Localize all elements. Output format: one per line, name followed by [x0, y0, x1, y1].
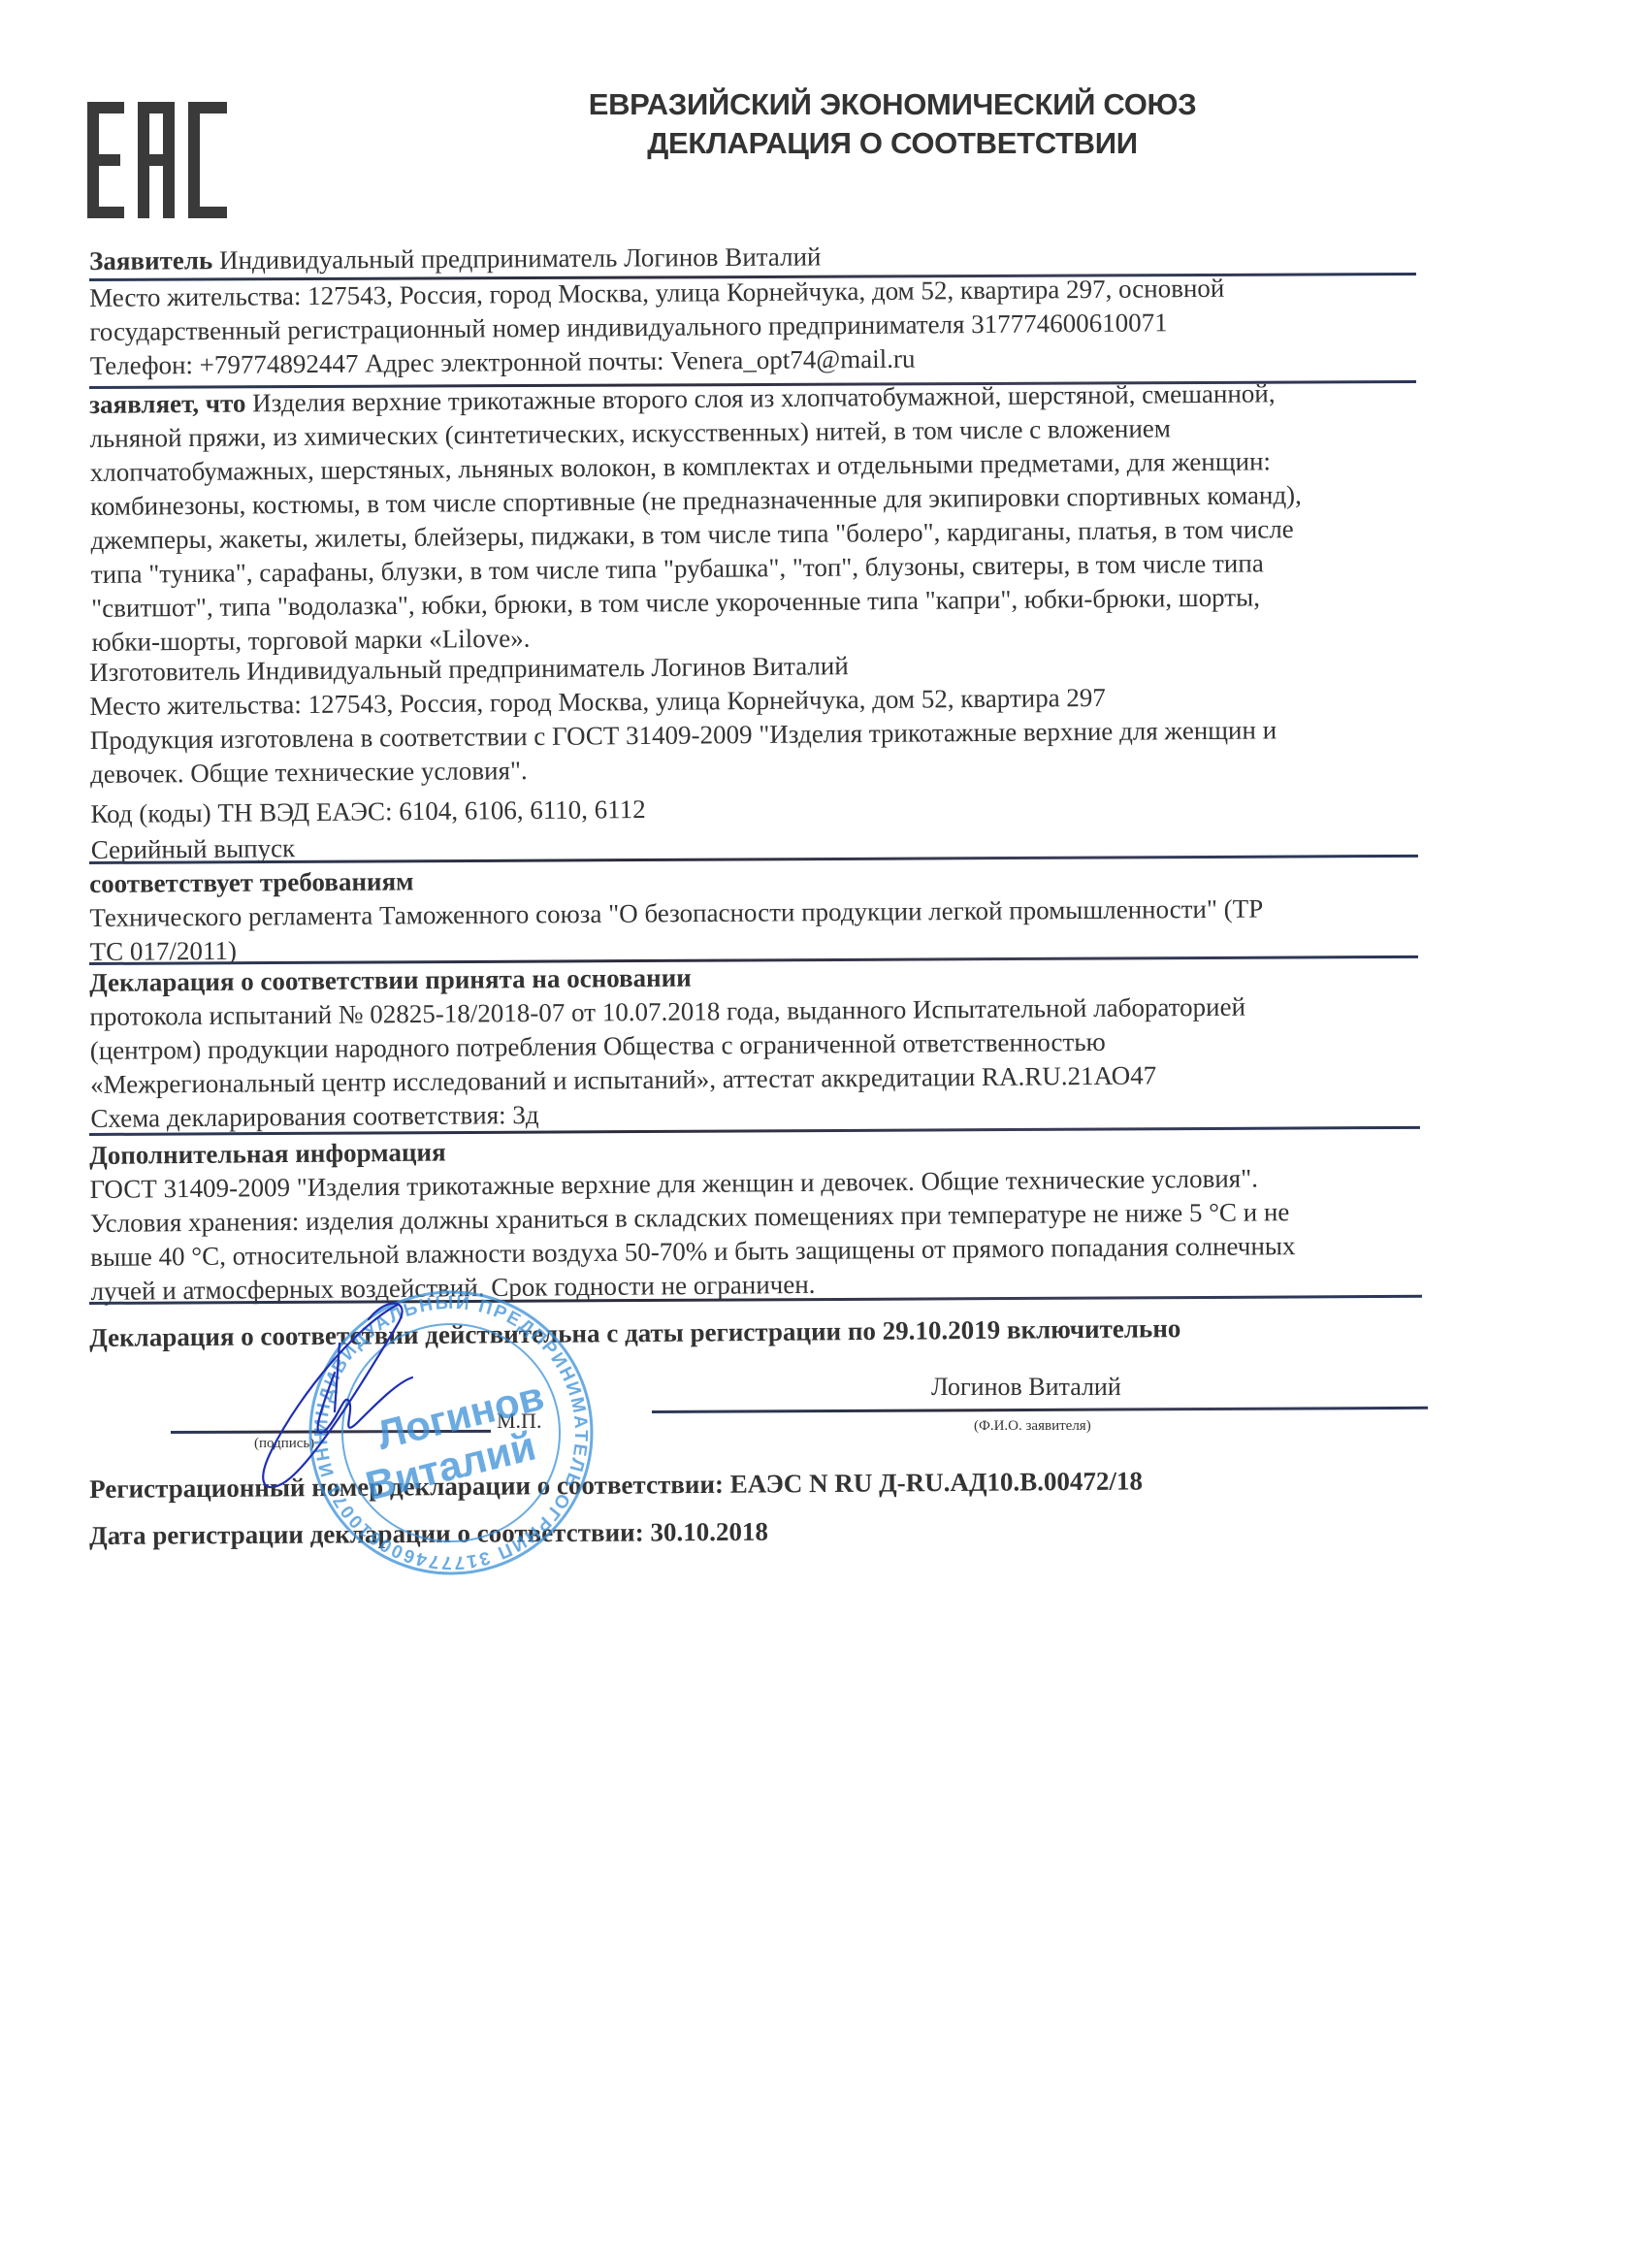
- applicant-label: Заявитель: [89, 245, 212, 275]
- declares-label: заявляет, что: [89, 388, 246, 419]
- signature-caption: (подпись): [254, 1436, 314, 1452]
- basis-section: Декларация о соответствии принята на осн…: [89, 955, 1419, 1136]
- validity-text: Декларация о соответствии действительна …: [89, 1310, 1418, 1355]
- additional-info-section: Дополнительная информация ГОСТ 31409-200…: [89, 1126, 1420, 1309]
- applicant-details: Место жительства: 127543, Россия, город …: [89, 270, 1419, 383]
- declaration-page: ЕВРАЗИЙСКИЙ ЭКОНОМИЧЕСКИЙ СОЮЗ ДЕКЛАРАЦИ…: [0, 0, 1649, 2268]
- name-caption: (Ф.И.О. заявителя): [974, 1418, 1091, 1435]
- applicant-name: Индивидуальный предприниматель Логинов В…: [212, 242, 821, 275]
- eac-logo-icon: [85, 97, 231, 223]
- conformity-section: соответствует требованиям Технического р…: [89, 857, 1419, 969]
- name-line: [652, 1407, 1428, 1413]
- stamp-place-label: М.П.: [497, 1409, 541, 1434]
- registration-number-text: Регистрационный номер декларации о соотв…: [89, 1462, 1418, 1507]
- signature-line: [171, 1430, 491, 1434]
- registration-date-text: Дата регистрации декларации о соответств…: [89, 1511, 1418, 1553]
- registration-date: Дата регистрации декларации о соответств…: [89, 1511, 1418, 1553]
- validity-statement: Декларация о соответствии действительна …: [89, 1310, 1418, 1355]
- document-title: ЕВРАЗИЙСКИЙ ЭКОНОМИЧЕСКИЙ СОЮЗ ДЕКЛАРАЦИ…: [407, 85, 1377, 163]
- manufacturer-section: Изготовитель Индивидуальный предпринимат…: [89, 644, 1420, 867]
- signer-name: Логинов Виталий: [931, 1370, 1222, 1404]
- registration-number: Регистрационный номер декларации о соотв…: [89, 1462, 1418, 1507]
- title-line-declaration: ДЕКЛАРАЦИЯ О СООТВЕТСТВИИ: [407, 124, 1377, 163]
- product-description: заявляет, что Изделия верхние трикотажны…: [89, 375, 1421, 660]
- signer-name-text: Логинов Виталий: [931, 1370, 1222, 1404]
- title-line-union: ЕВРАЗИЙСКИЙ ЭКОНОМИЧЕСКИЙ СОЮЗ: [407, 85, 1377, 124]
